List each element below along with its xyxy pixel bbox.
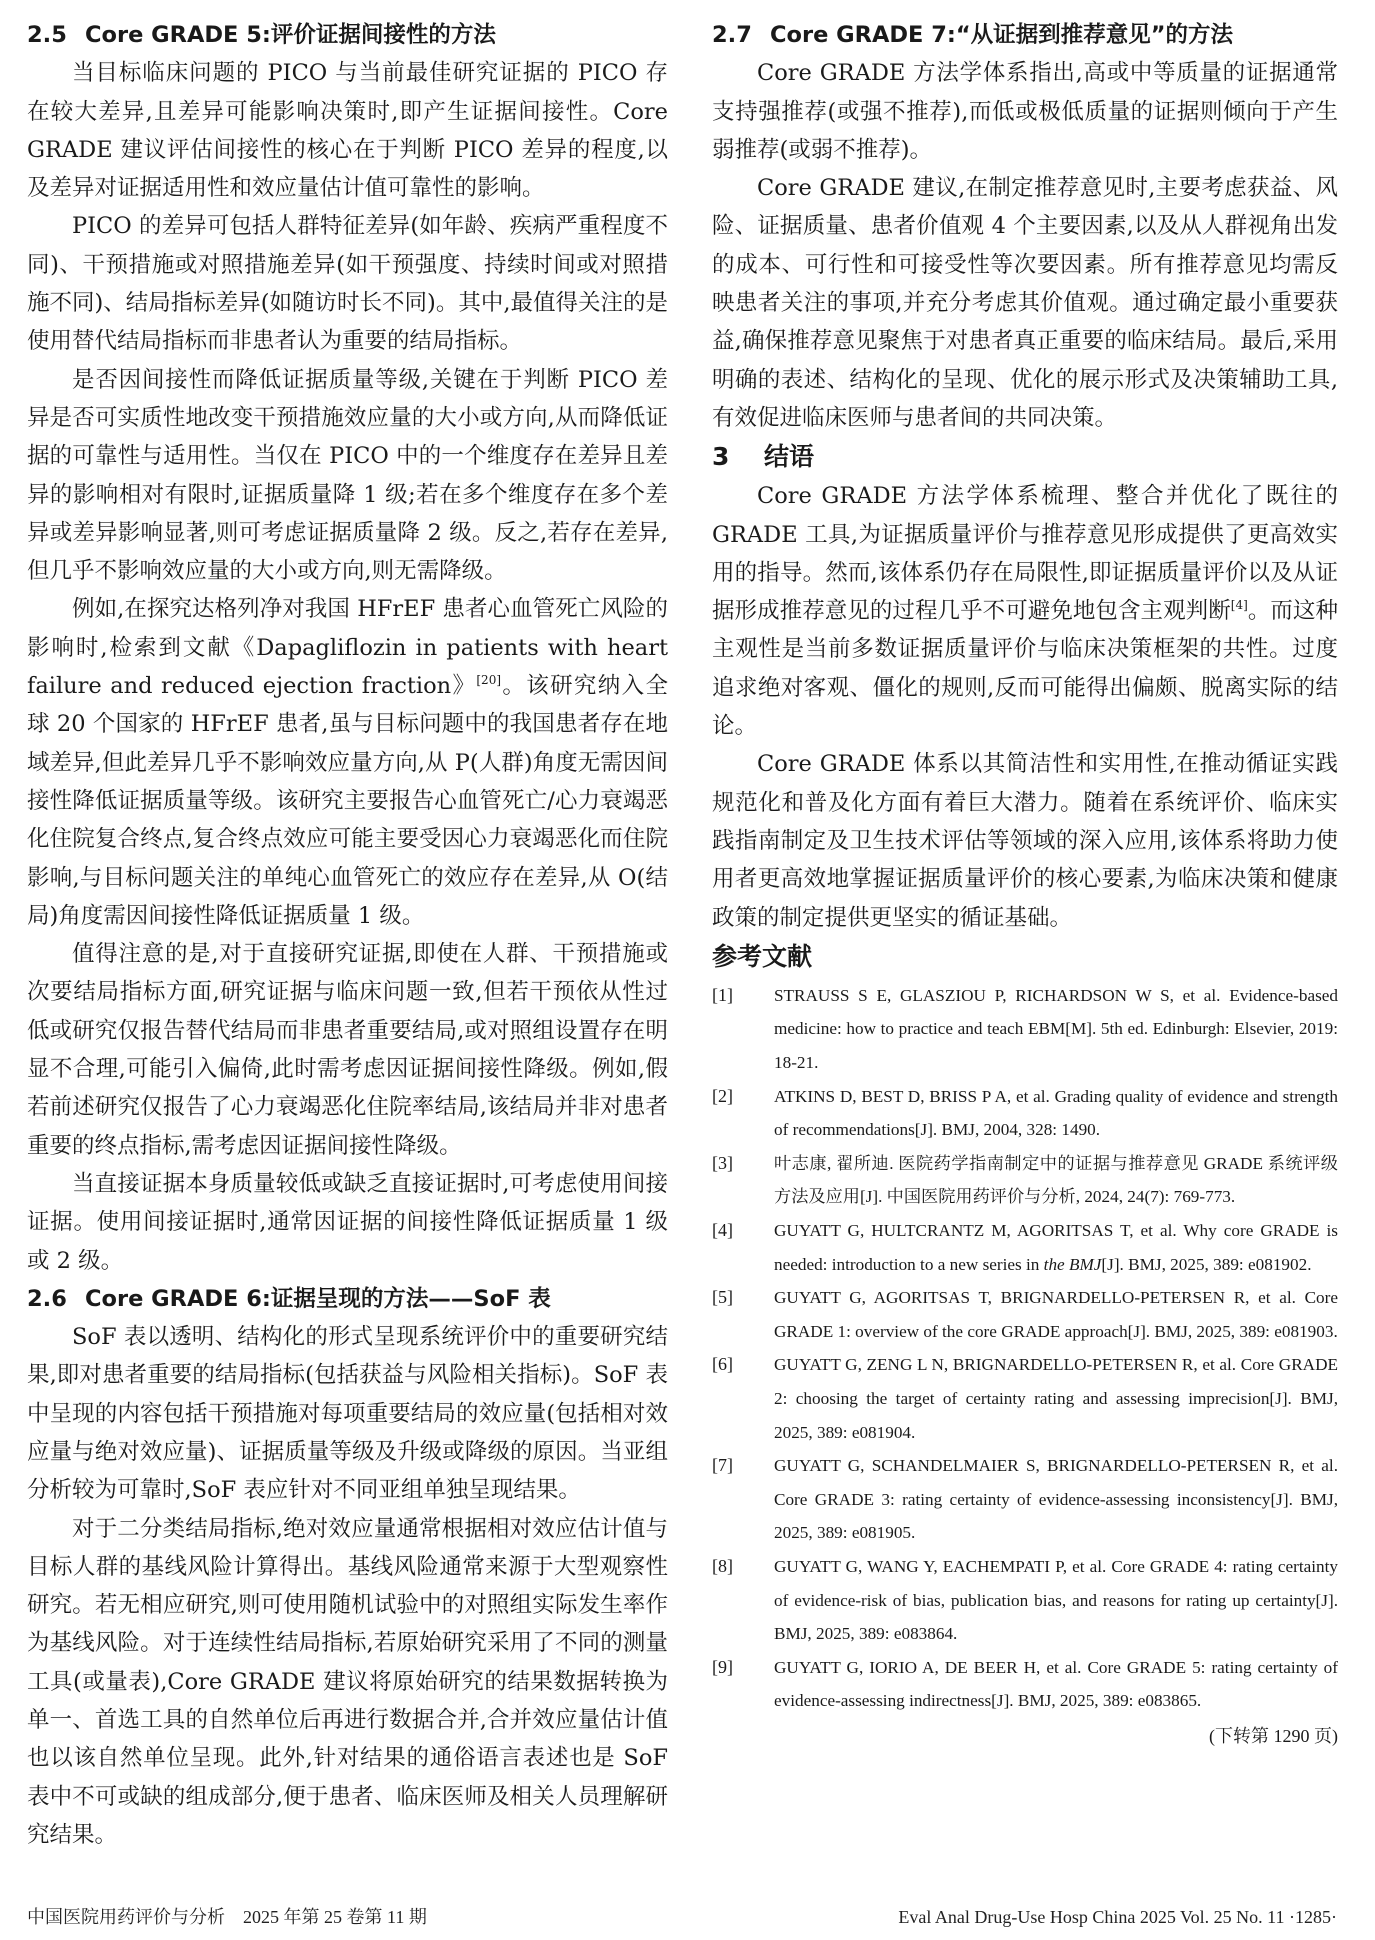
reference-text: GUYATT G, IORIO A, DE BEER H, et al. Cor…: [774, 1651, 1338, 1718]
references-heading: 参考文献: [712, 937, 1338, 977]
footer-journal-english-page: Eval Anal Drug-Use Hosp China 2025 Vol. …: [898, 1905, 1337, 1929]
left-column: 2.5Core GRADE 5:评价证据间接性的方法 当目标临床问题的 PICO…: [27, 16, 668, 1854]
reference-text: GUYATT G, SCHANDELMAIER S, BRIGNARDELLO-…: [774, 1449, 1338, 1550]
citation-link[interactable]: [4]: [1231, 598, 1248, 612]
reference-item: [6]GUYATT G, ZENG L N, BRIGNARDELLO-PETE…: [712, 1348, 1338, 1449]
paragraph: Core GRADE 建议,在制定推荐意见时,主要考虑获益、风险、证据质量、患者…: [712, 169, 1338, 437]
section-number: 3: [712, 437, 764, 477]
reference-text: GUYATT G, AGORITSAS T, BRIGNARDELLO-PETE…: [774, 1281, 1338, 1348]
conclusion-paragraph: Core GRADE 方法学体系梳理、整合并优化了既往的 GRADE 工具,为证…: [712, 477, 1338, 745]
reference-item: [2]ATKINS D, BEST D, BRISS P A, et al. G…: [712, 1080, 1338, 1147]
continued-on-page-note: (下转第 1290 页): [712, 1718, 1338, 1754]
reference-item: [1]STRAUSS S E, GLASZIOU P, RICHARDSON W…: [712, 979, 1338, 1080]
reference-number: [4]: [712, 1214, 774, 1281]
reference-item: [5]GUYATT G, AGORITSAS T, BRIGNARDELLO-P…: [712, 1281, 1338, 1348]
section-3-heading: 3结语: [712, 437, 1338, 477]
reference-item: [9]GUYATT G, IORIO A, DE BEER H, et al. …: [712, 1651, 1338, 1718]
reference-number: [7]: [712, 1449, 774, 1550]
section-number: 2.7: [712, 16, 770, 54]
paragraph: SoF 表以透明、结构化的形式呈现系统评价中的重要研究结果,即对患者重要的结局指…: [27, 1318, 668, 1509]
example-paragraph: 例如,在探究达格列净对我国 HFrEF 患者心血管死亡风险的影响时,检索到文献《…: [27, 590, 668, 935]
paragraph: 对于二分类结局指标,绝对效应量通常根据相对效应估计值与目标人群的基线风险计算得出…: [27, 1510, 668, 1855]
reference-number: [2]: [712, 1080, 774, 1147]
right-column: 2.7Core GRADE 7:“从证据到推荐意见”的方法 Core GRADE…: [712, 16, 1338, 1754]
reference-number: [1]: [712, 979, 774, 1080]
reference-text-part: [J]. BMJ, 2025, 389: e081902.: [1101, 1255, 1311, 1274]
citation-link[interactable]: [20]: [476, 673, 501, 687]
reference-number: [3]: [712, 1147, 774, 1214]
journal-name-italic: the BMJ: [1044, 1255, 1102, 1274]
reference-text: STRAUSS S E, GLASZIOU P, RICHARDSON W S,…: [774, 979, 1338, 1080]
section-2-6-heading: 2.6Core GRADE 6:证据呈现的方法——SoF 表: [27, 1280, 668, 1318]
reference-text: ATKINS D, BEST D, BRISS P A, et al. Grad…: [774, 1080, 1338, 1147]
reference-number: [8]: [712, 1550, 774, 1651]
reference-item: [7]GUYATT G, SCHANDELMAIER S, BRIGNARDEL…: [712, 1449, 1338, 1550]
reference-text: GUYATT G, WANG Y, EACHEMPATI P, et al. C…: [774, 1550, 1338, 1651]
section-2-5-heading: 2.5Core GRADE 5:评价证据间接性的方法: [27, 16, 668, 54]
reference-number: [6]: [712, 1348, 774, 1449]
paragraph: 值得注意的是,对于直接研究证据,即使在人群、干预措施或次要结局指标方面,研究证据…: [27, 935, 668, 1165]
section-number: 2.5: [27, 16, 85, 54]
reference-text: GUYATT G, HULTCRANTZ M, AGORITSAS T, et …: [774, 1214, 1338, 1281]
reference-number: [9]: [712, 1651, 774, 1718]
section-title: Core GRADE 6:证据呈现的方法——SoF 表: [85, 1286, 551, 1312]
reference-text: 叶志康, 翟所迪. 医院药学指南制定中的证据与推荐意见 GRADE 系统评级方法…: [774, 1147, 1338, 1214]
paragraph: 当目标临床问题的 PICO 与当前最佳研究证据的 PICO 存在较大差异,且差异…: [27, 54, 668, 207]
reference-item: [8]GUYATT G, WANG Y, EACHEMPATI P, et al…: [712, 1550, 1338, 1651]
paragraph: 是否因间接性而降低证据质量等级,关键在于判断 PICO 差异是否可实质性地改变干…: [27, 361, 668, 591]
paragraph-text: 。该研究纳入全球 20 个国家的 HFrEF 患者,虽与目标问题中的我国患者存在…: [27, 673, 668, 929]
section-title: Core GRADE 7:“从证据到推荐意见”的方法: [770, 22, 1233, 48]
reference-number: [5]: [712, 1281, 774, 1348]
section-number: 2.6: [27, 1280, 85, 1318]
reference-item: [4]GUYATT G, HULTCRANTZ M, AGORITSAS T, …: [712, 1214, 1338, 1281]
reference-list: [1]STRAUSS S E, GLASZIOU P, RICHARDSON W…: [712, 979, 1338, 1718]
paragraph: Core GRADE 体系以其简洁性和实用性,在推动循证实践规范化和普及化方面有…: [712, 745, 1338, 936]
paragraph: Core GRADE 方法学体系指出,高或中等质量的证据通常支持强推荐(或强不推…: [712, 54, 1338, 169]
reference-item: [3]叶志康, 翟所迪. 医院药学指南制定中的证据与推荐意见 GRADE 系统评…: [712, 1147, 1338, 1214]
paragraph: 当直接证据本身质量较低或缺乏直接证据时,可考虑使用间接证据。使用间接证据时,通常…: [27, 1165, 668, 1280]
paragraph: PICO 的差异可包括人群特征差异(如年龄、疾病严重程度不同)、干预措施或对照措…: [27, 207, 668, 360]
section-2-7-heading: 2.7Core GRADE 7:“从证据到推荐意见”的方法: [712, 16, 1338, 54]
section-title: 结语: [764, 442, 814, 471]
section-title: Core GRADE 5:评价证据间接性的方法: [85, 22, 496, 48]
footer-journal-chinese: 中国医院用药评价与分析 2025 年第 25 卷第 11 期: [27, 1905, 427, 1929]
reference-text: GUYATT G, ZENG L N, BRIGNARDELLO-PETERSE…: [774, 1348, 1338, 1449]
